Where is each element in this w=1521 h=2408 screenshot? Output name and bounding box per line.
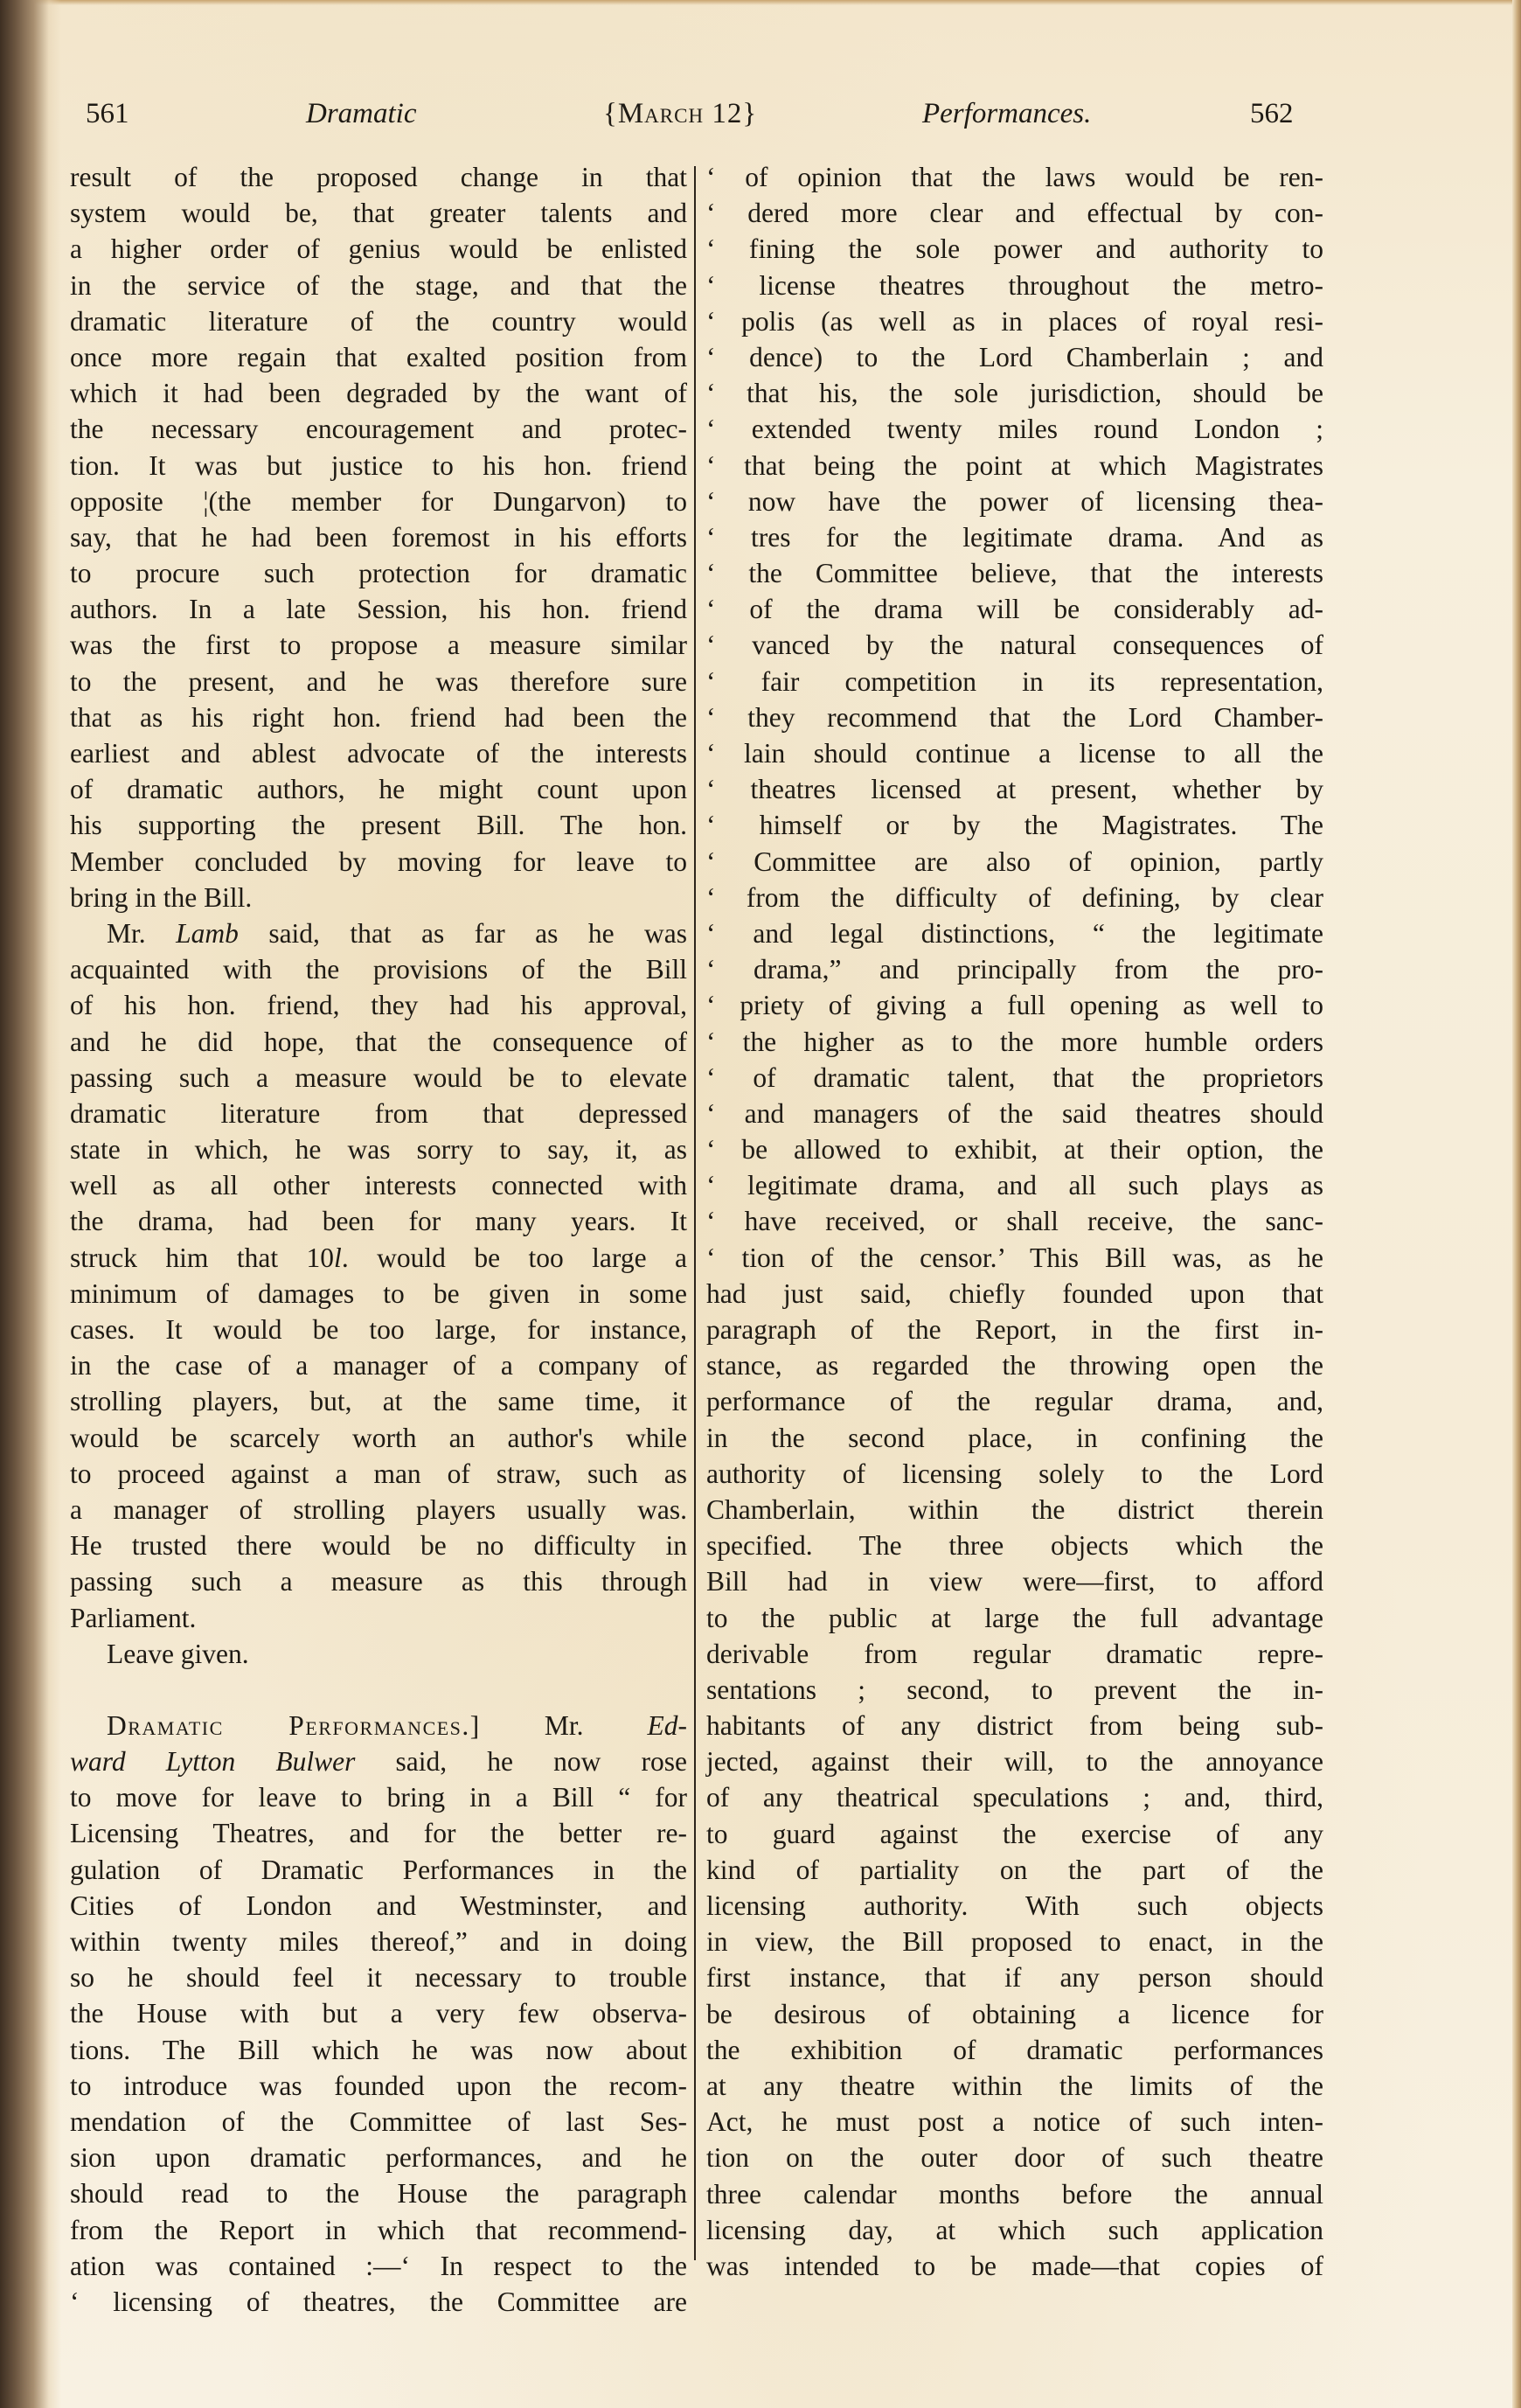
scanned-page: 561 Dramatic {March 12} Performances. 56…	[0, 0, 1521, 2408]
text-line: ‘ tion of the censor.’ This Bill was, as…	[706, 1240, 1323, 1276]
text-line: within twenty miles thereof,” and in doi…	[70, 1924, 687, 1959]
text-line: in the second place, in confining the	[706, 1420, 1323, 1456]
text-line: habitants of any district from being sub…	[706, 1708, 1323, 1743]
text-line: ‘ license theatres throughout the metro-	[706, 268, 1323, 303]
text-line: first instance, that if any person shoul…	[706, 1959, 1323, 1995]
text-line: Act, he must post a notice of such inten…	[706, 2104, 1323, 2140]
speaker-title: Mr.	[481, 1710, 648, 1741]
text-line: Member concluded by moving for leave to	[70, 844, 687, 880]
text-line: opposite ¦(the member for Dungarvon) to	[70, 484, 687, 519]
lamb-lines: acquainted with the provisions of the Bi…	[70, 951, 687, 1240]
text-line: ‘ licensing of theatres, the Committee a…	[70, 2284, 687, 2320]
running-head-date: {March 12}	[603, 98, 757, 130]
text-fragment: . would be too large a	[342, 1242, 687, 1273]
text-line: in view, the Bill proposed to enact, in …	[706, 1924, 1323, 1959]
text-line: ‘ dered more clear and effectual by con-	[706, 195, 1323, 231]
speaker-name: ward Lytton Bulwer	[70, 1746, 355, 1777]
text-line: well as all other interests connected wi…	[70, 1167, 687, 1203]
text-line: performance of the regular drama, and,	[706, 1383, 1323, 1419]
text-line: ‘ drama,” and principally from the pro-	[706, 951, 1323, 987]
text-line: Bill had in view were—first, to afford	[706, 1563, 1323, 1599]
text-line: Mr. Lamb said, that as far as he was	[70, 915, 687, 951]
text-line: the necessary encouragement and protec-	[70, 411, 687, 447]
text-line: ‘ extended twenty miles round London ;	[706, 411, 1323, 447]
text-line: ‘ tres for the legitimate drama. And as	[706, 519, 1323, 555]
text-line: the exhibition of dramatic performances	[706, 2032, 1323, 2068]
text-line: that as his right hon. friend had been t…	[70, 699, 687, 735]
text-line: ‘ from the difficulty of defining, by cl…	[706, 880, 1323, 915]
text-line: licensing authority. With such objects	[706, 1888, 1323, 1924]
text-line: was the first to propose a measure simil…	[70, 627, 687, 663]
text-line: in the case of a manager of a company of	[70, 1347, 687, 1383]
page-right-edge	[1512, 0, 1521, 2408]
text-line: kind of partiality on the part of the	[706, 1852, 1323, 1888]
text-line: system would be, that greater talents an…	[70, 195, 687, 231]
text-line: tion. It was but justice to his hon. fri…	[70, 448, 687, 484]
page-top-edge	[0, 0, 1521, 5]
text-line: ward Lytton Bulwer said, he now rose	[70, 1743, 687, 1779]
text-line: earliest and ablest advocate of the inte…	[70, 735, 687, 771]
text-line: acquainted with the provisions of the Bi…	[70, 951, 687, 987]
text-line: ‘ that being the point at which Magistra…	[706, 448, 1323, 484]
text-line: ‘ they recommend that the Lord Chamber-	[706, 699, 1323, 735]
text-line: ation was contained :—‘ In respect to th…	[70, 2248, 687, 2284]
text-line: ‘ of dramatic talent, that the proprieto…	[706, 1060, 1323, 1096]
text-line: so he should feel it necessary to troubl…	[70, 1959, 687, 1995]
text-line: ‘ and managers of the said theatres shou…	[706, 1096, 1323, 1131]
text-line: tions. The Bill which he was now about	[70, 2032, 687, 2068]
text-line: tion on the outer door of such theatre	[706, 2140, 1323, 2175]
text-line: licensing day, at which such application	[706, 2212, 1323, 2248]
text-line: derivable from regular dramatic repre-	[706, 1636, 1323, 1672]
text-line: Licensing Theatres, and for the better r…	[70, 1815, 687, 1851]
text-line: to proceed against a man of straw, such …	[70, 1456, 687, 1492]
column-divider	[694, 166, 696, 2260]
left-column-opening-paragraph: result of the proposed change in thatsys…	[70, 159, 687, 915]
text-line: specified. The three objects which the	[706, 1528, 1323, 1563]
leave-given: Leave given.	[70, 1636, 687, 1672]
text-line: ‘ now have the power of licensing thea-	[706, 484, 1323, 519]
text-line: should read to the House the paragraph	[70, 2175, 687, 2211]
left-column: result of the proposed change in thatsys…	[70, 159, 687, 2320]
text-fragment: struck him that 10	[70, 1242, 334, 1273]
text-line: three calendar months before the annual	[706, 2176, 1323, 2212]
text-line: and he did hope, that the consequence of	[70, 1024, 687, 1060]
running-title-left: Dramatic	[306, 98, 417, 130]
text-line: passing such a measure as this through	[70, 1563, 687, 1599]
text-line: his supporting the present Bill. The hon…	[70, 807, 687, 843]
text-fragment: said, that as far as he was	[239, 918, 687, 949]
text-line: Chamberlain, within the district therein	[706, 1492, 1323, 1528]
text-line: dramatic literature of the country would	[70, 303, 687, 339]
text-line: ‘ the Committee believe, that the intere…	[706, 555, 1323, 591]
right-column-lines: ‘ of opinion that the laws would be ren-…	[706, 159, 1323, 2284]
text-line: to guard against the exercise of any	[706, 1816, 1323, 1852]
text-line: mendation of the Committee of last Ses-	[70, 2104, 687, 2140]
text-line: ‘ of opinion that the laws would be ren-	[706, 159, 1323, 195]
text-line: ‘ the higher as to the more humble order…	[706, 1024, 1323, 1060]
speaker-title: Mr.	[107, 918, 176, 949]
text-line: in the service of the stage, and that th…	[70, 268, 687, 303]
text-line: of his hon. friend, they had his approva…	[70, 987, 687, 1023]
text-line: gulation of Dramatic Performances in the	[70, 1852, 687, 1888]
lamb-paragraph: Mr. Lamb said, that as far as he was acq…	[70, 915, 687, 1636]
text-line: He trusted there would be no difficulty …	[70, 1528, 687, 1563]
text-line: the drama, had been for many years. It	[70, 1203, 687, 1239]
text-line: ‘ legitimate drama, and all such plays a…	[706, 1167, 1323, 1203]
text-line: ‘ fining the sole power and authority to	[706, 231, 1323, 267]
text-line: of any theatrical speculations ; and, th…	[706, 1779, 1323, 1815]
text-line: ‘ that his, the sole jurisdiction, shoul…	[706, 375, 1323, 411]
text-line: the House with but a very few observa-	[70, 1995, 687, 2031]
text-line: had just said, chiefly founded upon that	[706, 1276, 1323, 1312]
text-line: to the public at large the full advantag…	[706, 1600, 1323, 1636]
text-line: at any theatre within the limits of the	[706, 2068, 1323, 2104]
text-line: jected, against their will, to the annoy…	[706, 1743, 1323, 1779]
text-line: ‘ fair competition in its representation…	[706, 664, 1323, 699]
text-line: ‘ dence) to the Lord Chamberlain ; and	[706, 339, 1323, 375]
text-line: ‘ priety of giving a full opening as wel…	[706, 987, 1323, 1023]
text-line: paragraph of the Report, in the first in…	[706, 1312, 1323, 1347]
text-line: struck him that 10l. would be too large …	[70, 1240, 687, 1276]
text-line: ‘ polis (as well as in places of royal r…	[706, 303, 1323, 339]
text-line: to procure such protection for dramatic	[70, 555, 687, 591]
text-line: ‘ have received, or shall receive, the s…	[706, 1203, 1323, 1239]
page-number-right: 562	[1250, 98, 1294, 130]
bulwer-lines: to move for leave to bring in a Bill “ f…	[70, 1779, 687, 2320]
bulwer-paragraph: Dramatic Performances.] Mr. Ed- ward Lyt…	[70, 1708, 687, 2320]
text-line: ‘ and legal distinctions, “ the legitima…	[706, 915, 1323, 951]
text-line: Parliament.	[70, 1600, 687, 1636]
right-column: ‘ of opinion that the laws would be ren-…	[706, 159, 1323, 2284]
binding-shadow	[0, 0, 61, 2408]
text-line: say, that he had been foremost in his ef…	[70, 519, 687, 555]
text-line: minimum of damages to be given in some	[70, 1276, 687, 1312]
text-line: would be scarcely worth an author's whil…	[70, 1420, 687, 1456]
text-line: bring in the Bill.	[70, 880, 687, 915]
text-line: ‘ Committee are also of opinion, partly	[706, 844, 1323, 880]
section-heading: Dramatic Performances.]	[107, 1710, 481, 1741]
text-line: ‘ theatres licensed at present, whether …	[706, 771, 1323, 807]
text-line: was intended to be made—that copies of	[706, 2248, 1323, 2284]
running-head: 561 Dramatic {March 12} Performances. 56…	[0, 98, 1521, 142]
text-line: ‘ himself or by the Magistrates. The	[706, 807, 1323, 843]
text-line: to introduce was founded upon the recom-	[70, 2068, 687, 2104]
text-line: authors. In a late Session, his hon. fri…	[70, 591, 687, 627]
text-line: once more regain that exalted position f…	[70, 339, 687, 375]
text-line: Dramatic Performances.] Mr. Ed-	[70, 1708, 687, 1743]
text-line: authority of licensing solely to the Lor…	[706, 1456, 1323, 1492]
text-line: dramatic literature from that depressed	[70, 1096, 687, 1131]
text-line: Cities of London and Westminster, and	[70, 1888, 687, 1924]
text-line: strolling players, but, at the same time…	[70, 1383, 687, 1419]
text-line: from the Report in which that recommend-	[70, 2212, 687, 2248]
speaker-name: Lamb	[176, 918, 239, 949]
lamb-lines-after: minimum of damages to be given in someca…	[70, 1276, 687, 1636]
text-line: stance, as regarded the throwing open th…	[706, 1347, 1323, 1383]
currency-unit: l	[334, 1242, 342, 1273]
text-fragment: said, he now rose	[355, 1746, 687, 1777]
text-line: result of the proposed change in that	[70, 159, 687, 195]
text-line: state in which, he was sorry to say, it,…	[70, 1131, 687, 1167]
text-line: passing such a measure would be to eleva…	[70, 1060, 687, 1096]
page-number-left: 561	[86, 98, 129, 130]
running-title-right: Performances.	[922, 98, 1091, 130]
text-line: which it had been degraded by the want o…	[70, 375, 687, 411]
text-line: sion upon dramatic performances, and he	[70, 2140, 687, 2175]
text-line: ‘ be allowed to exhibit, at their option…	[706, 1131, 1323, 1167]
text-line: sentations ; second, to prevent the in-	[706, 1672, 1323, 1708]
text-line: of dramatic authors, he might count upon	[70, 771, 687, 807]
text-line: a manager of strolling players usually w…	[70, 1492, 687, 1528]
text-line: a higher order of genius would be enlist…	[70, 231, 687, 267]
text-line: ‘ lain should continue a license to all …	[706, 735, 1323, 771]
text-line: ‘ of the drama will be considerably ad-	[706, 591, 1323, 627]
text-line: ‘ vanced by the natural consequences of	[706, 627, 1323, 663]
text-line: to move for leave to bring in a Bill “ f…	[70, 1779, 687, 1815]
text-line: to the present, and he was therefore sur…	[70, 664, 687, 699]
text-line: be desirous of obtaining a licence for	[706, 1996, 1323, 2032]
text-line: cases. It would be too large, for instan…	[70, 1312, 687, 1347]
speaker-name: Ed-	[648, 1710, 687, 1741]
